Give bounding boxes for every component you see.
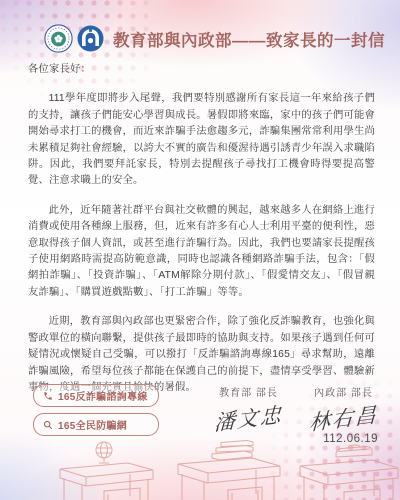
antifraud-hotline-button[interactable]: 165反詐騙諮詢專線 bbox=[33, 384, 159, 407]
signatures: 教育部 部長 潘文忠 內政部 部長 林右昌 bbox=[214, 384, 378, 433]
moi-minister-title: 內政部 部長 bbox=[314, 384, 373, 399]
classroom-desks-illustration bbox=[0, 438, 400, 500]
desk-with-books bbox=[178, 441, 280, 500]
antifraud-hotline-label: 165反詐騙諮詢專線 bbox=[58, 388, 148, 403]
letter-paragraph-2: 此外，近年隨著社群平台與社交軟體的興起，越來越多人在網絡上進行消費或使用各種線上… bbox=[28, 203, 375, 301]
globe-icon bbox=[96, 442, 112, 458]
letter-date: 112.06.19 bbox=[323, 433, 378, 445]
signature-moe: 教育部 部長 潘文忠 bbox=[214, 384, 283, 433]
page-title: 教育部與內政部——致家長的一封信 bbox=[113, 27, 385, 51]
footer: 165反詐騙諮詢專線 165全民防騙網 教育部 部長 潘文忠 內政部 部長 林右… bbox=[33, 384, 378, 436]
phone-icon bbox=[43, 391, 53, 401]
salutation: 各位家長好： bbox=[28, 62, 375, 78]
header: 教育部與內政部——致家長的一封信 bbox=[44, 24, 384, 53]
letter-paragraph-1: 111學年度即將步入尾聲，我們要特別感謝所有家長這一年來給孩子們的支持，讓孩子們… bbox=[28, 91, 375, 189]
signature-moi: 內政部 部長 林右昌 bbox=[309, 384, 378, 433]
books-icon bbox=[212, 441, 253, 461]
moi-minister-signature: 林右昌 bbox=[308, 399, 378, 438]
letter-body: 各位家長好： 111學年度即將步入尾聲，我們要特別感謝所有家長這一年來給孩子們的… bbox=[28, 62, 375, 396]
letter-page: 教育部與內政部——致家長的一封信 各位家長好： 111學年度即將步入尾聲，我們要… bbox=[0, 0, 400, 500]
antifraud-web-label: 165全民防騙網 bbox=[58, 417, 127, 432]
moi-emblem-logo bbox=[77, 25, 104, 52]
moe-minister-signature: 潘文忠 bbox=[213, 399, 283, 438]
search-icon bbox=[43, 420, 53, 430]
desk-with-globe bbox=[60, 442, 153, 500]
moe-seal-logo bbox=[44, 24, 73, 53]
hotline-buttons: 165反詐騙諮詢專線 165全民防騙網 bbox=[33, 384, 159, 436]
moe-minister-title: 教育部 部長 bbox=[219, 384, 278, 399]
desk-with-bag bbox=[300, 445, 398, 500]
antifraud-web-button[interactable]: 165全民防騙網 bbox=[33, 413, 159, 436]
bag-icon bbox=[336, 445, 372, 457]
